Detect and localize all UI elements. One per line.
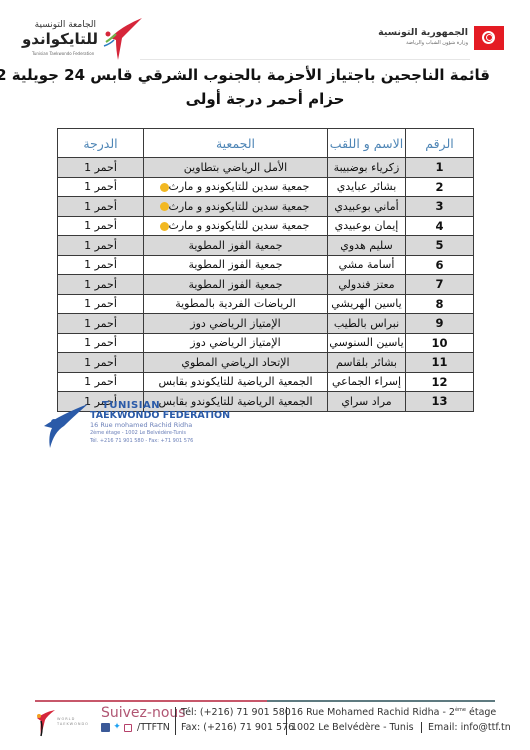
club-name: الإمتياز الرياضي دوز (190, 317, 280, 330)
cell-name: إيمان بوعبيدي (328, 216, 406, 236)
footer-separator (175, 707, 176, 735)
footer-divider-red (35, 700, 267, 702)
footer-email[interactable]: Email: info@ttf.tn (428, 722, 511, 733)
stamp-contact: Tél. +216 71 901 580 - Fax: +71 901 576 (90, 438, 193, 444)
cell-number: 4 (406, 216, 474, 236)
cell-name: نبراس بالطيب (328, 314, 406, 334)
column-header-grade: الدرجة (58, 129, 144, 158)
cell-club: جمعية سدين للتايكوندو و مارث (144, 177, 328, 197)
stamp-address-2: 2ème étage - 1002 Le Belvédère-Tunis (90, 430, 186, 436)
cell-number: 7 (406, 275, 474, 295)
cell-number: 1 (406, 158, 474, 178)
cell-grade: أحمر 1 (58, 255, 144, 275)
table-header-row: الرقم الاسم و اللقب الجمعية الدرجة (58, 129, 474, 158)
world-taekwondo-logo: WORLD TAEKWONDO (35, 708, 95, 738)
column-header-name: الاسم و اللقب (328, 129, 406, 158)
cell-name: معتز فندولي (328, 275, 406, 295)
address-text: 16 Rue Mohamed Rachid Ridha - 2 (291, 707, 455, 718)
cell-club: الإمتياز الرياضي دوز (144, 333, 328, 353)
header-divider (140, 59, 470, 60)
cell-number: 11 (406, 353, 474, 373)
world-taekwondo-icon (35, 708, 57, 738)
club-name: جمعية سدين للتايكوندو و مارث (169, 219, 310, 232)
results-table: الرقم الاسم و اللقب الجمعية الدرجة 1 زكر… (57, 128, 474, 412)
instagram-icon[interactable] (124, 724, 132, 732)
cell-grade: أحمر 1 (58, 314, 144, 334)
taekwondo-kicker-icon (102, 16, 144, 62)
cell-grade: أحمر 1 (58, 236, 144, 256)
follow-us-label: Suivez-nous (101, 705, 186, 721)
cell-number: 12 (406, 372, 474, 392)
cell-name: أماني بوعبيدي (328, 197, 406, 217)
document-title: قائمة الناجحين باجتياز الأحزمة بالجنوب ا… (40, 66, 490, 84)
social-links: ✦ /TTFTN (101, 722, 170, 734)
cell-grade: أحمر 1 (58, 158, 144, 178)
table-row: 7 معتز فندولي جمعية الفوز المطوية أحمر 1 (58, 275, 474, 295)
highlight-marker-icon (160, 183, 169, 192)
tunisia-flag-icon (474, 26, 504, 50)
federation-logo: الجامعة التونسية للتايكواندو Tunisian Ta… (28, 18, 153, 64)
footer-divider-gray (267, 700, 495, 702)
cell-club: جمعية سدين للتايكوندو و مارث (144, 197, 328, 217)
federation-stamp: TUNISIAN TAEKWONDO FEDERATION 16 Rue moh… (42, 400, 212, 452)
facebook-icon[interactable] (101, 723, 110, 732)
republic-logo: الجمهورية التونسية وزارة شؤون الشباب وال… (380, 24, 508, 56)
cell-club: جمعية الفوز المطوية (144, 236, 328, 256)
table-row: 4 إيمان بوعبيدي جمعية سدين للتايكوندو و … (58, 216, 474, 236)
document-subtitle: حزام أحمر درجة أولى (40, 90, 490, 108)
cell-club: الإمتياز الرياضي دوز (144, 314, 328, 334)
footer-fax: Fax: (+216) 71 901 576 (181, 722, 294, 733)
cell-grade: أحمر 1 (58, 197, 144, 217)
stamp-line-federation: TAEKWONDO FEDERATION (90, 410, 230, 421)
cell-name: مراد سراي (328, 392, 406, 412)
cell-club: الجمعية الرياضية للتايكوندو بقابس (144, 372, 328, 392)
cell-number: 2 (406, 177, 474, 197)
cell-grade: أحمر 1 (58, 333, 144, 353)
cell-name: زكرياء بوضبيبة (328, 158, 406, 178)
cell-name: أسامة مشي (328, 255, 406, 275)
column-header-club: الجمعية (144, 129, 328, 158)
cell-grade: أحمر 1 (58, 275, 144, 295)
table-row: 6 أسامة مشي جمعية الفوز المطوية أحمر 1 (58, 255, 474, 275)
cell-number: 13 (406, 392, 474, 412)
ministry-name: وزارة شؤون الشباب والرياضة (406, 40, 468, 46)
cell-grade: أحمر 1 (58, 372, 144, 392)
table-row: 3 أماني بوعبيدي جمعية سدين للتايكوندو و … (58, 197, 474, 217)
club-name: جمعية الفوز المطوية (188, 258, 282, 271)
cell-name: بشائر عبايدي (328, 177, 406, 197)
cell-number: 6 (406, 255, 474, 275)
cell-grade: أحمر 1 (58, 177, 144, 197)
cell-number: 3 (406, 197, 474, 217)
world-taekwondo-text: WORLD TAEKWONDO (57, 717, 95, 727)
federation-name-english: Tunisian Taekwondo Federation (32, 51, 94, 56)
address-sup: ème (455, 707, 466, 713)
highlight-marker-icon (160, 222, 169, 231)
club-name: الأمل الرياضي بتطاوين (184, 161, 287, 174)
table-row: 12 إسراء الجماعي الجمعية الرياضية للتايك… (58, 372, 474, 392)
footer-separator-small (421, 722, 422, 733)
twitter-icon[interactable]: ✦ (112, 723, 122, 732)
club-name: جمعية الفوز المطوية (188, 239, 282, 252)
club-name: الجمعية الرياضية للتايكوندو بقابس (158, 375, 312, 388)
footer-address-line1: 16 Rue Mohamed Rachid Ridha - 2ème étage (291, 707, 496, 718)
social-handle[interactable]: /TTFTN (137, 722, 170, 733)
cell-name: ياسين السنوسي (328, 333, 406, 353)
table-row: 1 زكرياء بوضبيبة الأمل الرياضي بتطاوين أ… (58, 158, 474, 178)
cell-club: جمعية سدين للتايكوندو و مارث (144, 216, 328, 236)
stamp-address: 16 Rue mohamed Rachid Ridha (90, 421, 192, 429)
cell-name: إسراء الجماعي (328, 372, 406, 392)
table-row: 5 سليم هدوي جمعية الفوز المطوية أحمر 1 (58, 236, 474, 256)
cell-number: 5 (406, 236, 474, 256)
table-row: 8 ياسين الهريشي الرياضات الفردية بالمطوي… (58, 294, 474, 314)
cell-name: سليم هدوي (328, 236, 406, 256)
club-name: جمعية الفوز المطوية (188, 278, 282, 291)
address-text-end: étage (466, 707, 496, 718)
club-name: الإمتياز الرياضي دوز (190, 336, 280, 349)
column-header-number: الرقم (406, 129, 474, 158)
club-name: جمعية سدين للتايكوندو و مارث (169, 180, 310, 193)
cell-grade: أحمر 1 (58, 216, 144, 236)
cell-name: ياسين الهريشي (328, 294, 406, 314)
cell-club: الأمل الرياضي بتطاوين (144, 158, 328, 178)
highlight-marker-icon (160, 202, 169, 211)
federation-name-arabic-line1: الجامعة التونسية (30, 20, 96, 30)
federation-name-arabic-line2: للتايكواندو (28, 30, 98, 48)
cell-number: 9 (406, 314, 474, 334)
table-row: 9 نبراس بالطيب الإمتياز الرياضي دوز أحمر… (58, 314, 474, 334)
cell-club: جمعية الفوز المطوية (144, 275, 328, 295)
table-row: 10 ياسين السنوسي الإمتياز الرياضي دوز أح… (58, 333, 474, 353)
club-name: الرياضات الفردية بالمطوية (175, 297, 296, 310)
footer-tel: Tél: (+216) 71 901 580 (181, 707, 291, 718)
table-row: 11 بشائر بلقاسم الإتحاد الرياضي المطوي أ… (58, 353, 474, 373)
cell-number: 10 (406, 333, 474, 353)
club-name: جمعية سدين للتايكوندو و مارث (169, 200, 310, 213)
cell-club: الرياضات الفردية بالمطوية (144, 294, 328, 314)
cell-number: 8 (406, 294, 474, 314)
footer-separator (286, 707, 287, 735)
cell-club: الإتحاد الرياضي المطوي (144, 353, 328, 373)
cell-name: بشائر بلقاسم (328, 353, 406, 373)
republic-name: الجمهورية التونسية (378, 27, 468, 38)
cell-grade: أحمر 1 (58, 353, 144, 373)
cell-grade: أحمر 1 (58, 294, 144, 314)
cell-club: جمعية الفوز المطوية (144, 255, 328, 275)
footer-address-line2: 1002 Le Belvédère - Tunis (291, 722, 414, 733)
table-row: 2 بشائر عبايدي جمعية سدين للتايكوندو و م… (58, 177, 474, 197)
club-name: الإتحاد الرياضي المطوي (181, 356, 289, 369)
kicker-silhouette-icon (42, 402, 92, 452)
